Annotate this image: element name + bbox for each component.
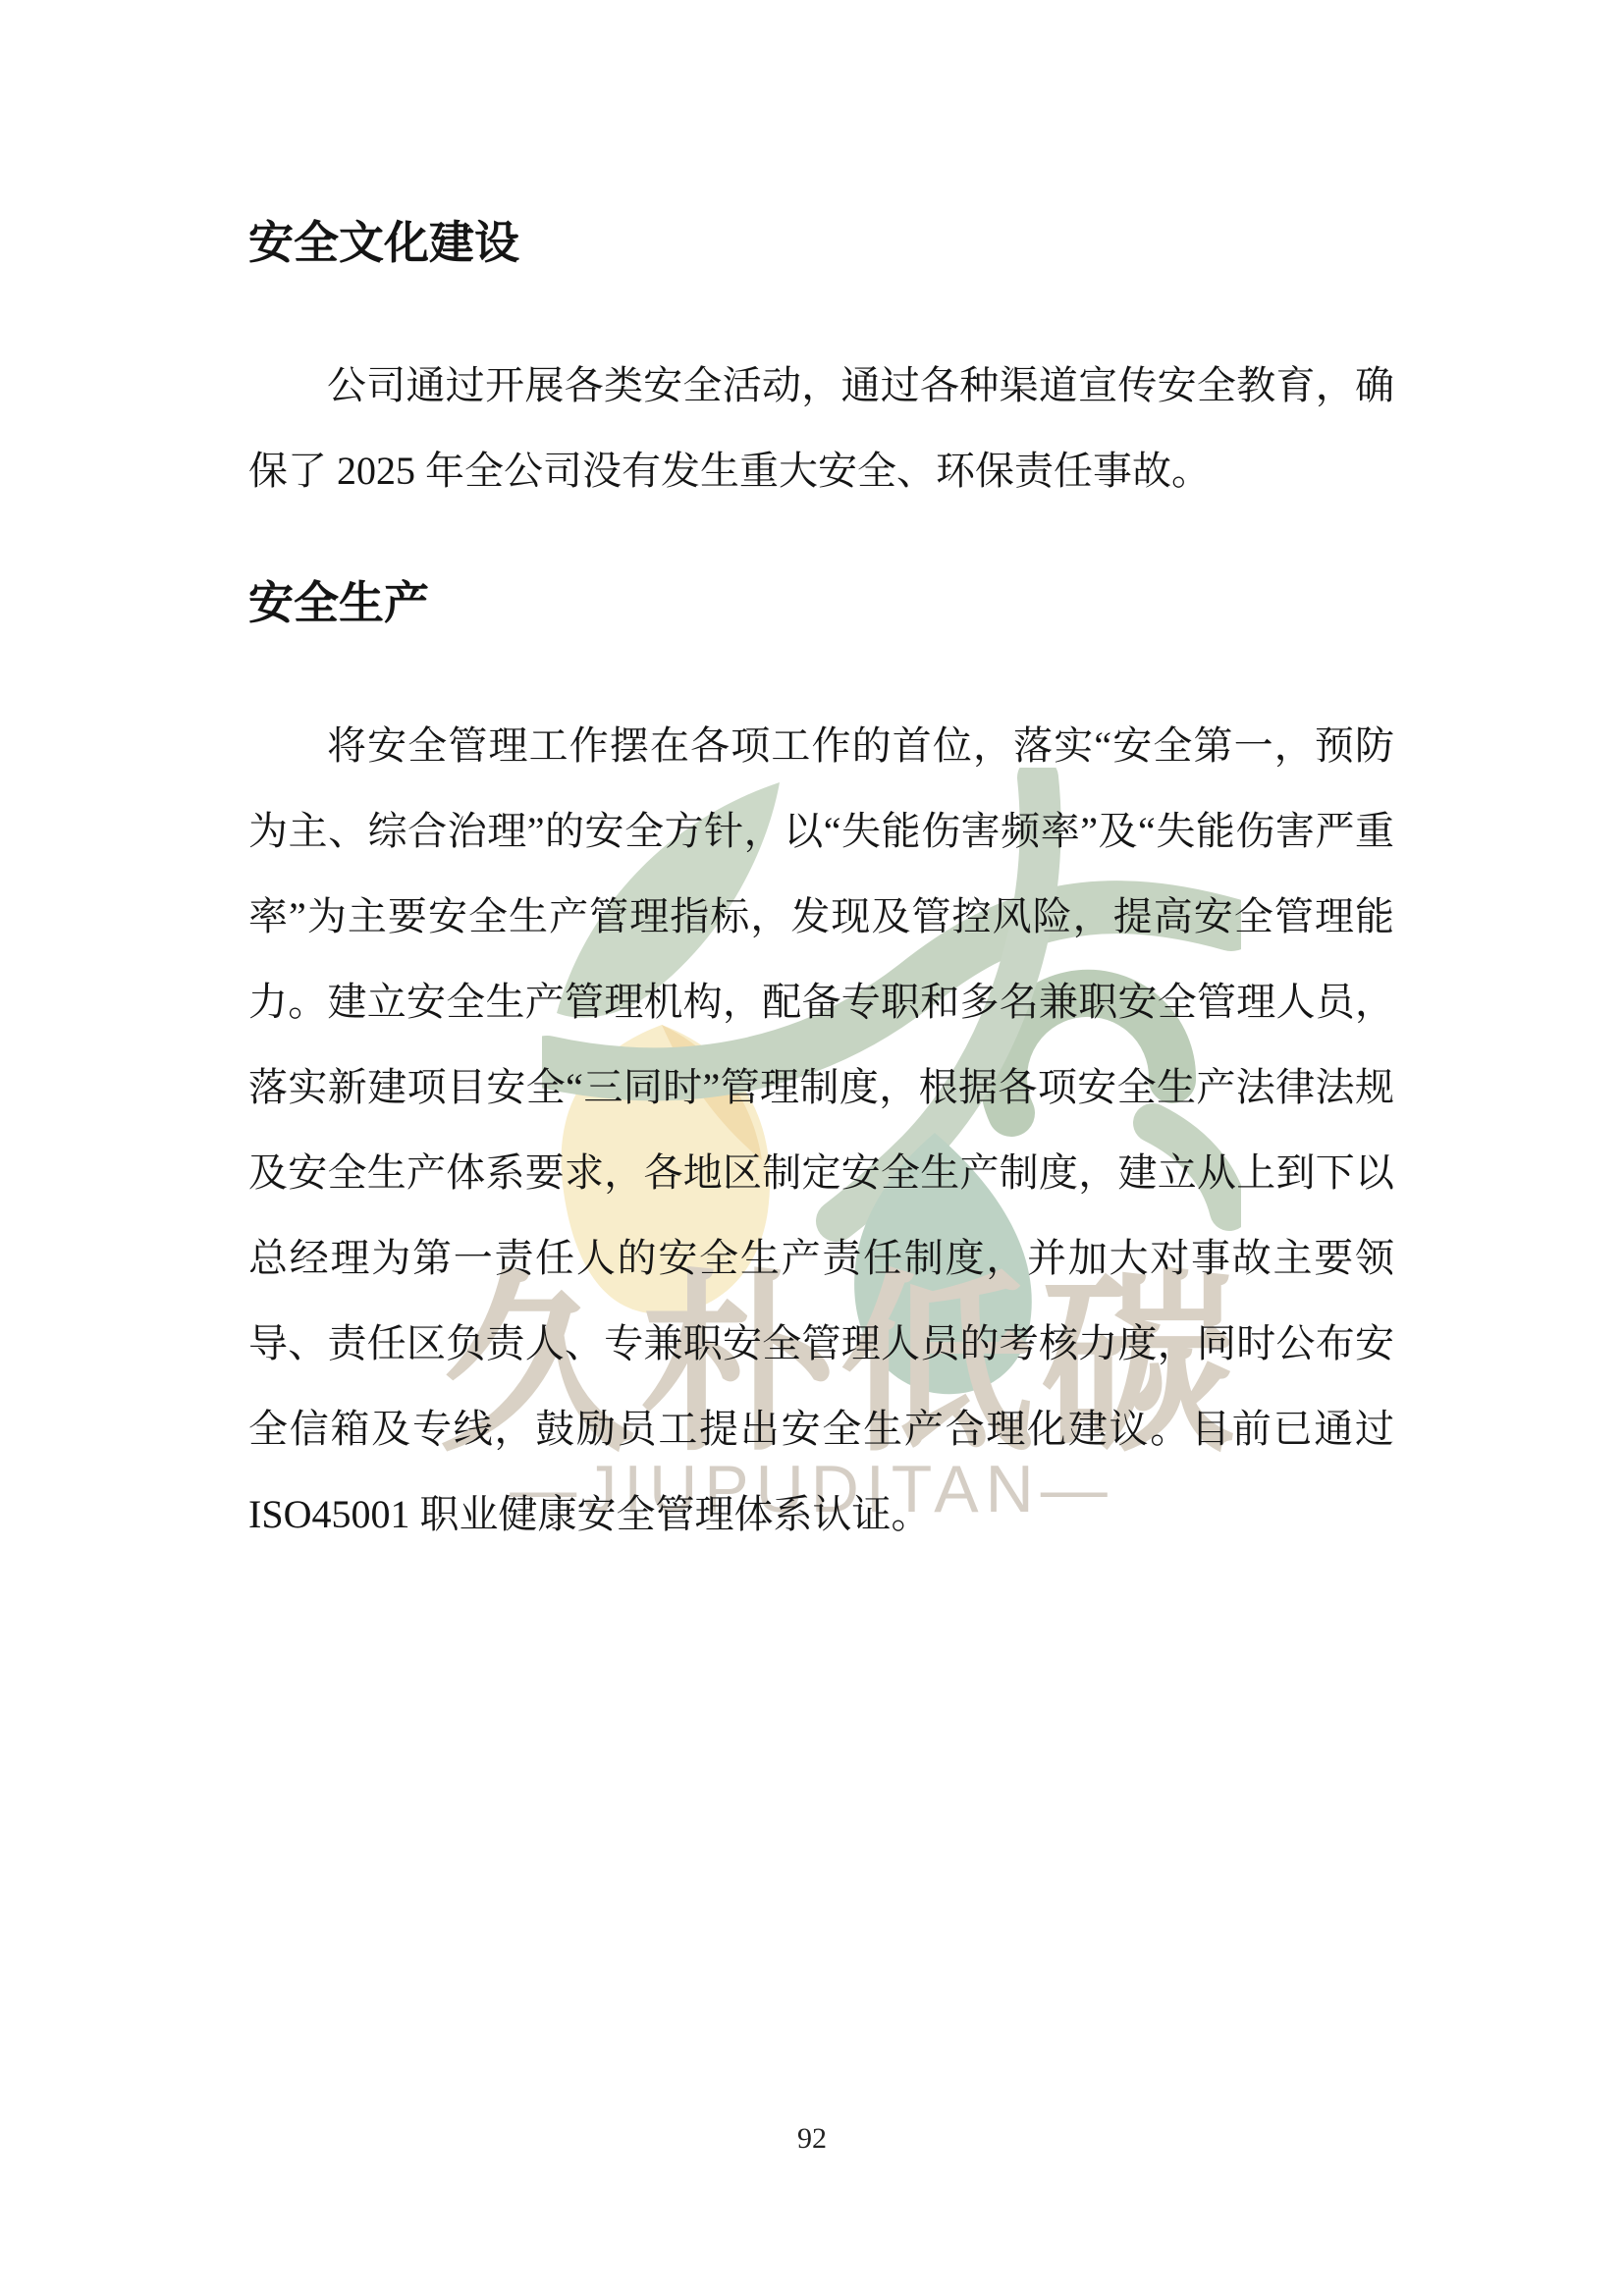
paragraph-safety-production: 将安全管理工作摆在各项工作的首位，落实“安全第一，预防为主、综合治理”的安全方针… <box>248 703 1394 1557</box>
section-heading-safety-culture: 安全文化建设 <box>248 218 1394 269</box>
section-heading-safety-production: 安全生产 <box>248 578 1394 629</box>
page-number: 92 <box>0 2122 1624 2156</box>
paragraph-safety-culture: 公司通过开展各类安全活动，通过各种渠道宣传安全教育，确保了 2025 年全公司没… <box>248 343 1394 513</box>
document-content: 安全文化建设 公司通过开展各类安全活动，通过各种渠道宣传安全教育，确保了 202… <box>248 218 1394 1557</box>
document-page: 久朴低碳 —JIUPUDITAN— 安全文化建设 公司通过开展各类安全活动，通过… <box>0 0 1624 2296</box>
